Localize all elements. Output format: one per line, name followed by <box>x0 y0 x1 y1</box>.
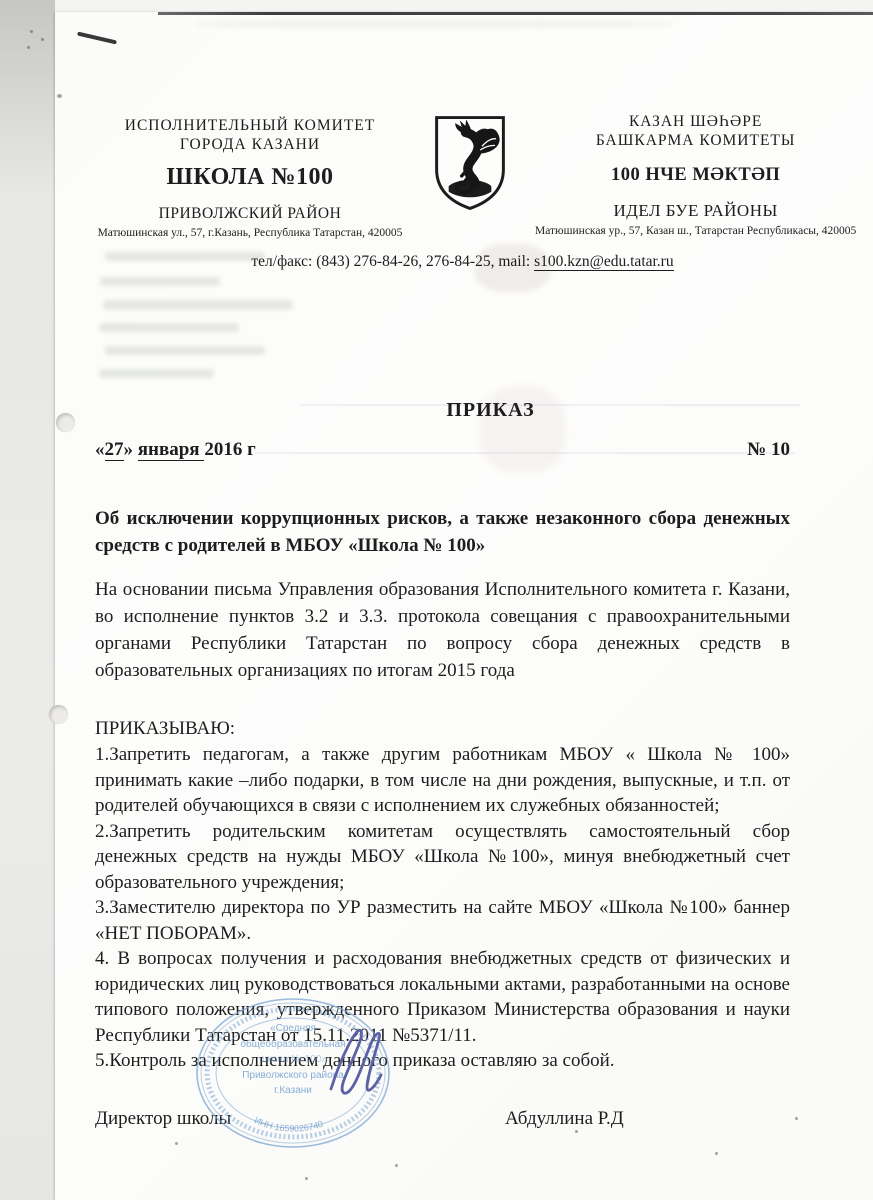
document-content: ИСПОЛНИТЕЛЬНЫЙ КОМИТЕТ ГОРОДА КАЗАНИ ШКО… <box>55 12 873 1135</box>
order-date: «27» января 2016 г <box>95 436 256 463</box>
letterhead: ИСПОЛНИТЕЛЬНЫЙ КОМИТЕТ ГОРОДА КАЗАНИ ШКО… <box>95 112 830 275</box>
order-preamble: На основании письма Управления образован… <box>95 576 790 684</box>
org-name-line: КАЗАН ШӘҺӘРЕ <box>535 112 856 131</box>
date-quote: » <box>124 439 138 460</box>
order-date-row: «27» января 2016 г № 10 <box>95 436 790 463</box>
org-name-line: ГОРОДА КАЗАНИ <box>95 135 405 154</box>
scan-speck <box>715 1152 718 1155</box>
scanned-document: ИСПОЛНИТЕЛЬНЫЙ КОМИТЕТ ГОРОДА КАЗАНИ ШКО… <box>0 0 873 1200</box>
paper: ИСПОЛНИТЕЛЬНЫЙ КОМИТЕТ ГОРОДА КАЗАНИ ШКО… <box>55 12 873 1200</box>
org-name-line: БАШКАРМА КОМИТЕТЫ <box>535 131 856 150</box>
email-text: s100.kzn@edu.tatar.ru <box>534 253 674 271</box>
order-item: 1.Запретить педагогам, а также другим ра… <box>95 742 790 819</box>
scan-speck <box>175 1142 178 1145</box>
scan-speck <box>305 1177 308 1180</box>
contact-line: тел/факс: (843) 276-84-26, 276-84-25, ma… <box>95 248 830 275</box>
org-address: Матюшинская ур., 57, Казан ш., Татарстан… <box>535 224 856 239</box>
order-item: 2.Запретить родительским комитетам осуще… <box>95 819 790 896</box>
date-month: января <box>138 439 205 461</box>
letterhead-right: КАЗАН ШӘҺӘРЕ БАШКАРМА КОМИТЕТЫ 100 НЧЕ М… <box>535 112 856 239</box>
punch-hole <box>49 705 68 724</box>
order-subject: Об исключении коррупционных рисков, а та… <box>95 505 790 559</box>
org-name-line: ИСПОЛНИТЕЛЬНЫЙ КОМИТЕТ <box>95 116 405 135</box>
order-number: № 10 <box>747 436 790 463</box>
school-name: ШКОЛА №100 <box>95 163 405 191</box>
district-name: ПРИВОЛЖСКИЙ РАЙОН <box>95 204 405 223</box>
kazan-coat-of-arms-icon <box>428 112 512 214</box>
scan-speck <box>41 38 44 41</box>
scan-speck <box>57 94 62 98</box>
order-item: 3.Заместителю директора по УР разместить… <box>95 895 790 946</box>
scanner-top-band <box>0 0 873 12</box>
org-address: Матюшинская ул., 57, г.Казань, Республик… <box>95 226 405 241</box>
punch-hole <box>56 413 75 432</box>
scan-speck <box>30 30 33 33</box>
date-day: 27 <box>105 439 124 461</box>
scan-speck <box>395 1164 398 1167</box>
order-item: 5.Контроль за исполнением данного приказ… <box>95 1048 790 1074</box>
scan-speck <box>27 46 30 49</box>
school-name: 100 НЧЕ МӘКТӘП <box>535 163 856 187</box>
order-title: ПРИКАЗ <box>143 397 838 424</box>
signature-position: Директор школы <box>95 1108 231 1129</box>
contact-prefix: тел/факс: (843) 276-84-26, 276-84-25, ma… <box>251 253 534 270</box>
letterhead-emblem <box>405 112 535 214</box>
signature-name: Абдуллина Р.Д <box>505 1105 624 1132</box>
scanner-edge-strip <box>0 0 55 1200</box>
order-item: 4. В вопросах получения и расходования в… <box>95 946 790 1048</box>
district-name: ИДЕЛ БУЕ РАЙОНЫ <box>535 201 856 221</box>
date-quote: « <box>95 439 105 460</box>
date-year: 2016 г <box>204 439 255 460</box>
signature-row: Директор школы Абдуллина Р.Д <box>95 1105 790 1135</box>
order-word: ПРИКАЗЫВАЮ: <box>95 715 790 742</box>
letterhead-left: ИСПОЛНИТЕЛЬНЫЙ КОМИТЕТ ГОРОДА КАЗАНИ ШКО… <box>95 112 405 241</box>
